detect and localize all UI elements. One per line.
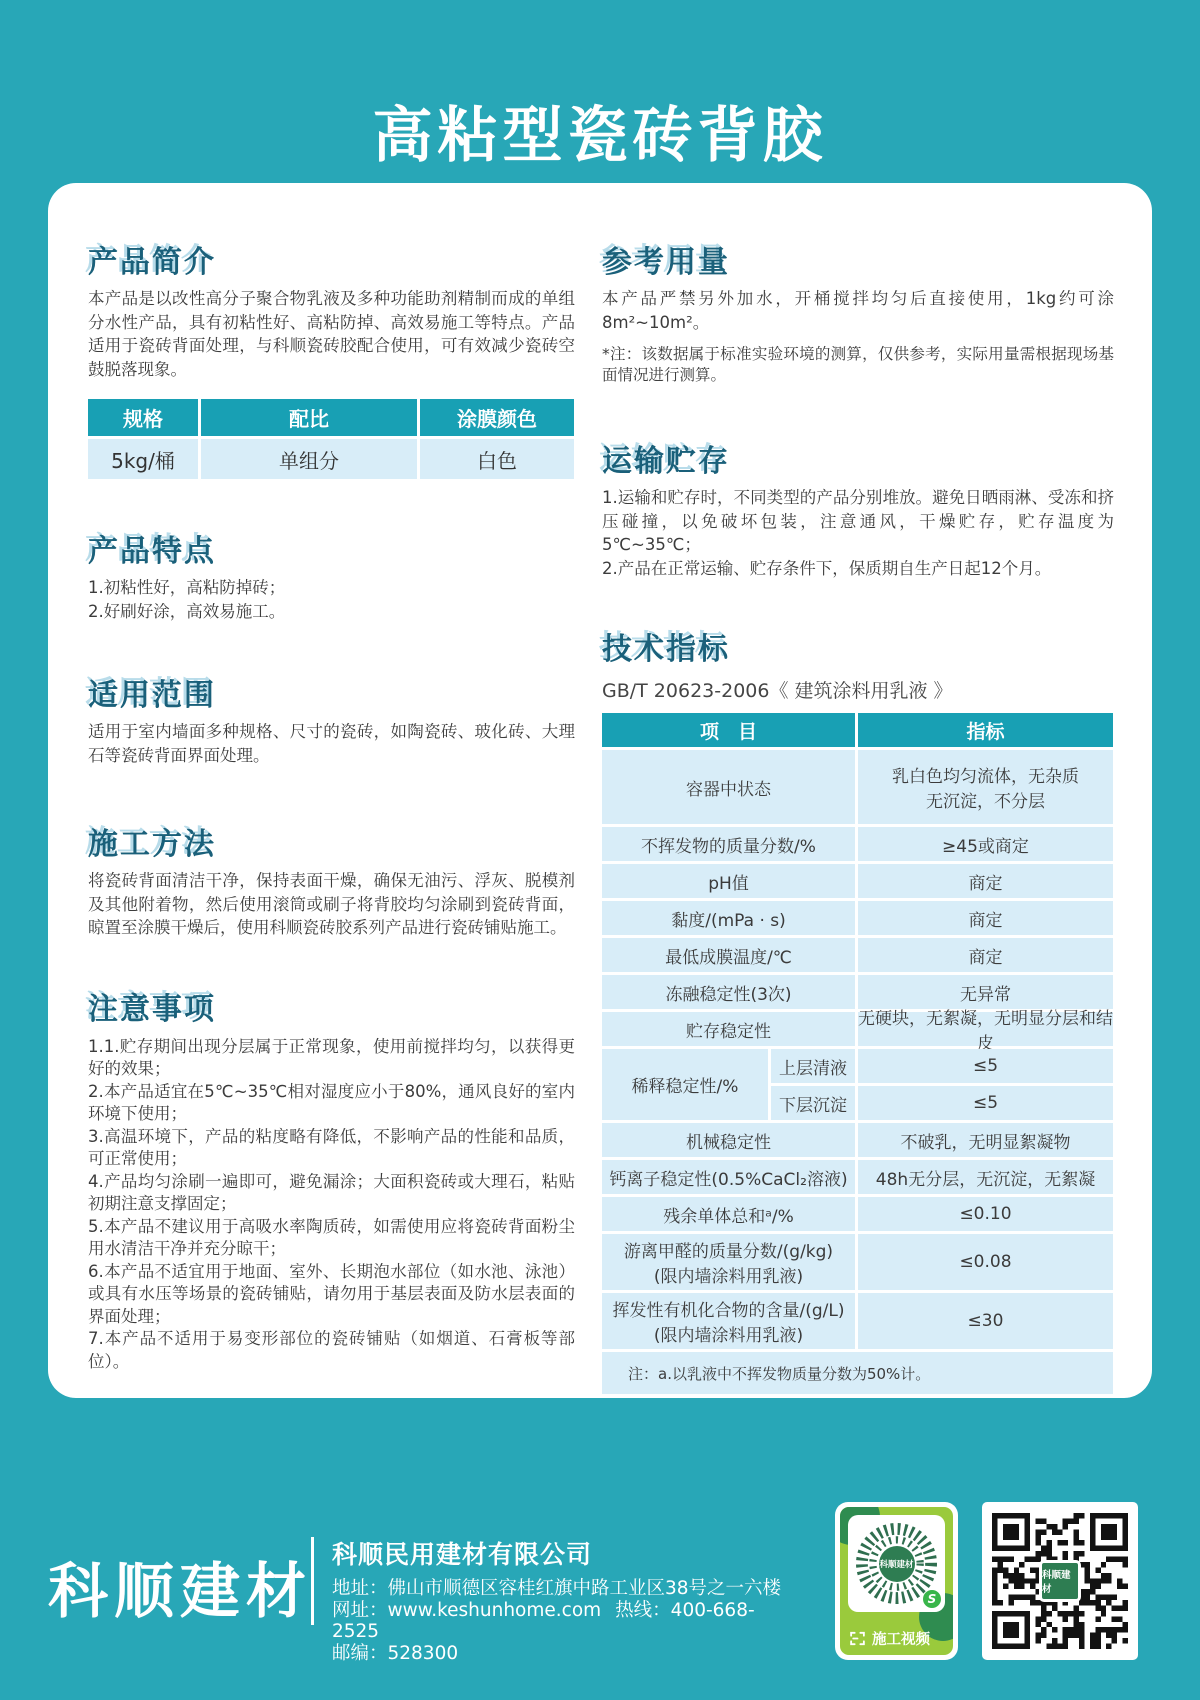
- section-method: 施工方法 将瓷砖背面清洁干净，保持表面干燥，确保无油污、浮灰、脱模剂及其他附着物…: [88, 819, 575, 940]
- tech-value: 48h无分层，无沉淀，无絮凝: [858, 1160, 1113, 1194]
- section-features: 产品特点 1.初粘性好，高粘防掉砖； 2.好刷好涂，高效易施工。: [88, 526, 575, 623]
- left-column: 产品简介 本产品是以改性高分子聚合物乳液及多种功能助剂精制而成的单组分水性产品，…: [88, 237, 575, 1373]
- content-card: 产品简介 本产品是以改性高分子聚合物乳液及多种功能助剂精制而成的单组分水性产品，…: [48, 183, 1152, 1398]
- tech-table-split-row: 稀释稳定性/% 上层清液 ≤5 下层沉淀 ≤5: [602, 1049, 1113, 1120]
- section-tech: 技术指标 GB/T 20623-2006《 建筑涂料用乳液 》 项 目 指标 容…: [602, 624, 1114, 1394]
- note-item: 5.本产品不建议用于高吸水率陶质砖，如需使用应将瓷砖背面粉尘用水清洁干净并充分晾…: [88, 1216, 575, 1261]
- brand-logo: 科顺建材: [48, 1544, 312, 1630]
- spec-header-spec: 规格: [88, 399, 198, 436]
- tech-header-item: 项 目: [602, 713, 855, 747]
- tech-table-row: 残余单体总和ᵃ/% ≤0.10: [602, 1197, 1113, 1231]
- tech-sublabel: 下层沉淀: [771, 1086, 855, 1120]
- tech-item: 机械稳定性: [602, 1123, 855, 1157]
- tech-subrow: 上层清液 ≤5: [771, 1049, 1113, 1083]
- spec-value-color: 白色: [420, 439, 574, 479]
- section-intro-body: 本产品是以改性高分子聚合物乳液及多种功能助剂精制而成的单组分水性产品，具有初粘性…: [88, 287, 575, 381]
- tech-header-value: 指标: [858, 713, 1113, 747]
- tech-item: 挥发性有机化合物的含量/(g/L) (限内墙涂料用乳液): [602, 1293, 855, 1349]
- tech-table-row: 不挥发物的质量分数/% ≥45或商定: [602, 827, 1113, 861]
- tech-item: pH值: [602, 864, 855, 898]
- section-scope-heading: 适用范围: [88, 670, 575, 714]
- miniprogram-center-label: 科顺建材: [879, 1546, 915, 1582]
- tech-subrow: 下层沉淀 ≤5: [771, 1086, 1113, 1120]
- tech-item: 不挥发物的质量分数/%: [602, 827, 855, 861]
- section-dosage: 参考用量 本产品严禁另外加水，开桶搅拌均匀后直接使用，1kg约可涂8m²~10m…: [602, 237, 1114, 386]
- note-item: 4.产品均匀涂刷一遍即可，避免漏涂；大面积瓷砖或大理石，粘贴初期注意支撑固定；: [88, 1171, 575, 1216]
- tech-value: 商定: [858, 901, 1113, 935]
- tech-value: 无硬块，无絮凝，无明显分层和结皮: [858, 1012, 1113, 1046]
- company-postcode: 邮编：528300: [332, 1643, 792, 1665]
- tech-item: 黏度/(mPa · s): [602, 901, 855, 935]
- sticker-label: 施工视频: [840, 1627, 953, 1649]
- section-intro-heading: 产品简介: [88, 237, 575, 281]
- wechat-miniprogram-qr-sticker: 科顺建材 S 施工视频: [835, 1502, 958, 1660]
- section-intro: 产品简介 本产品是以改性高分子聚合物乳液及多种功能助剂精制而成的单组分水性产品，…: [88, 237, 575, 381]
- spec-table-header-row: 规格 配比 涂膜颜色: [88, 399, 574, 436]
- tech-value: 商定: [858, 938, 1113, 972]
- miniprogram-code: 科顺建材 S: [848, 1515, 945, 1612]
- sticker-label-text: 施工视频: [872, 1628, 930, 1649]
- footer-info: 科顺民用建材有限公司 地址：佛山市顺德区容桂红旗中路工业区38号之一六楼 网址：…: [332, 1535, 792, 1664]
- sticker-background: 科顺建材 S 施工视频: [840, 1507, 953, 1655]
- company-contact-line: 网址：www.keshunhome.com热线：400-668-2525: [332, 1600, 792, 1643]
- spec-header-color: 涂膜颜色: [420, 399, 574, 436]
- spec-table-data-row: 5kg/桶 单组分 白色: [88, 439, 574, 479]
- tech-table-row: 游离甲醛的质量分数/(g/kg) (限内墙涂料用乳液) ≤0.08: [602, 1234, 1113, 1290]
- tech-value: ≤5: [858, 1086, 1113, 1120]
- tech-table-row: pH值 商定: [602, 864, 1113, 898]
- section-method-body: 将瓷砖背面清洁干净，保持表面干燥，确保无油污、浮灰、脱模剂及其他附着物，然后使用…: [88, 869, 575, 940]
- tech-table-footnote: 注：a.以乳液中不挥发物质量分数为50%计。: [602, 1352, 1113, 1394]
- tech-item: 稀释稳定性/%: [602, 1049, 768, 1120]
- note-item: 2.本产品适宜在5℃~35℃相对湿度应小于80%，通风良好的室内环境下使用；: [88, 1081, 575, 1126]
- section-method-heading: 施工方法: [88, 819, 575, 863]
- note-item: 7.本产品不适用于易变形部位的瓷砖铺贴（如烟道、石膏板等部位）。: [88, 1328, 575, 1373]
- section-scope-body: 适用于室内墙面多种规格、尺寸的瓷砖，如陶瓷砖、玻化砖、大理石等瓷砖背面界面处理。: [88, 720, 575, 767]
- section-scope: 适用范围 适用于室内墙面多种规格、尺寸的瓷砖，如陶瓷砖、玻化砖、大理石等瓷砖背面…: [88, 670, 575, 767]
- miniprogram-icon: S: [922, 1589, 942, 1609]
- tech-table-row: 贮存稳定性 无硬块，无絮凝，无明显分层和结皮: [602, 1012, 1113, 1046]
- page-title: 高粘型瓷砖背胶: [0, 88, 1200, 174]
- tech-table-row: 钙离子稳定性(0.5%CaCl₂溶液) 48h无分层，无沉淀，无絮凝: [602, 1160, 1113, 1194]
- storage-item: 2.产品在正常运输、贮存条件下，保质期自生产日起12个月。: [602, 557, 1114, 581]
- right-column: 参考用量 本产品严禁另外加水，开桶搅拌均匀后直接使用，1kg约可涂8m²~10m…: [602, 237, 1114, 1394]
- spec-value-spec: 5kg/桶: [88, 439, 198, 479]
- tech-table-header-row: 项 目 指标: [602, 713, 1113, 747]
- tech-table-row: 最低成膜温度/℃ 商定: [602, 938, 1113, 972]
- tech-table-row: 挥发性有机化合物的含量/(g/L) (限内墙涂料用乳液) ≤30: [602, 1293, 1113, 1349]
- tech-item: 最低成膜温度/℃: [602, 938, 855, 972]
- tech-value: ≤0.10: [858, 1197, 1113, 1231]
- note-item: 1.1.贮存期间出现分层属于正常现象，使用前搅拌均匀，以获得更好的效果；: [88, 1036, 575, 1081]
- tech-item: 钙离子稳定性(0.5%CaCl₂溶液): [602, 1160, 855, 1194]
- section-notes: 注意事项 1.1.贮存期间出现分层属于正常现象，使用前搅拌均匀，以获得更好的效果…: [88, 984, 575, 1374]
- section-notes-heading: 注意事项: [88, 984, 575, 1028]
- tech-item: 残余单体总和ᵃ/%: [602, 1197, 855, 1231]
- section-storage: 运输贮存 1.运输和贮存时，不同类型的产品分别堆放。避免日晒雨淋、受冻和挤压碰撞…: [602, 436, 1114, 580]
- scan-frame-icon: [849, 1630, 866, 1647]
- company-address: 地址：佛山市顺德区容桂红旗中路工业区38号之一六楼: [332, 1578, 792, 1600]
- note-item: 3.高温环境下，产品的粘度略有降低，不影响产品的性能和品质，可正常使用；: [88, 1126, 575, 1171]
- tech-value: 不破乳，无明显絮凝物: [858, 1123, 1113, 1157]
- tech-table-row: 机械稳定性 不破乳，无明显絮凝物: [602, 1123, 1113, 1157]
- section-features-heading: 产品特点: [88, 526, 575, 570]
- qr-center-label: 科顺建材: [1039, 1560, 1081, 1602]
- spec-header-ratio: 配比: [201, 399, 417, 436]
- section-dosage-heading: 参考用量: [602, 237, 1114, 281]
- tech-item: 贮存稳定性: [602, 1012, 855, 1046]
- company-website: 网址：www.keshunhome.com: [332, 1600, 601, 1621]
- feature-item: 1.初粘性好，高粘防掉砖；: [88, 576, 575, 600]
- tech-standard: GB/T 20623-2006《 建筑涂料用乳液 》: [602, 676, 1114, 703]
- spec-value-ratio: 单组分: [201, 439, 417, 479]
- tech-value: ≥45或商定: [858, 827, 1113, 861]
- spec-table: 规格 配比 涂膜颜色 5kg/桶 单组分 白色: [88, 399, 574, 479]
- note-item: 6.本产品不适宜用于地面、室外、长期泡水部位（如水池、泳池）或具有水压等场景的瓷…: [88, 1261, 575, 1329]
- tech-value: 商定: [858, 864, 1113, 898]
- company-name: 科顺民用建材有限公司: [332, 1535, 792, 1571]
- tech-table-row: 容器中状态 乳白色均匀流体，无杂质 无沉淀，不分层: [602, 750, 1113, 824]
- storage-item: 1.运输和贮存时，不同类型的产品分别堆放。避免日晒雨淋、受冻和挤压碰撞，以免破坏…: [602, 486, 1114, 557]
- qr-code: 科顺建材: [982, 1502, 1138, 1660]
- section-dosage-body: 本产品严禁另外加水，开桶搅拌均匀后直接使用，1kg约可涂8m²~10m²。: [602, 287, 1114, 334]
- section-storage-heading: 运输贮存: [602, 436, 1114, 480]
- tech-value: ≤30: [858, 1293, 1113, 1349]
- section-dosage-note: *注：该数据属于标准实验环境的测算，仅供参考，实际用量需根据现场基面情况进行测算…: [602, 344, 1114, 386]
- tech-table-row: 黏度/(mPa · s) 商定: [602, 901, 1113, 935]
- tech-item: 容器中状态: [602, 750, 855, 824]
- tech-value: ≤5: [858, 1049, 1113, 1083]
- section-tech-heading: 技术指标: [602, 624, 1114, 668]
- tech-item: 冻融稳定性(3次): [602, 975, 855, 1009]
- feature-item: 2.好刷好涂，高效易施工。: [88, 600, 575, 624]
- tech-item: 游离甲醛的质量分数/(g/kg) (限内墙涂料用乳液): [602, 1234, 855, 1290]
- tech-value: ≤0.08: [858, 1234, 1113, 1290]
- footer-divider: [311, 1537, 314, 1625]
- tech-table: 项 目 指标 容器中状态 乳白色均匀流体，无杂质 无沉淀，不分层 不挥发物的质量…: [602, 713, 1113, 1394]
- tech-value: 乳白色均匀流体，无杂质 无沉淀，不分层: [858, 750, 1113, 824]
- tech-sublabel: 上层清液: [771, 1049, 855, 1083]
- tech-subrows: 上层清液 ≤5 下层沉淀 ≤5: [771, 1049, 1113, 1120]
